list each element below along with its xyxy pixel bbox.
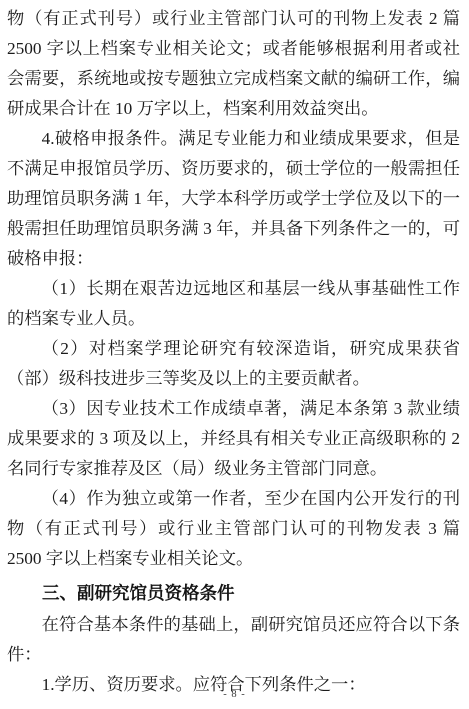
- paragraph-basic-conditions-intro: 在符合基本条件的基础上，副研究馆员还应符合以下条件：: [7, 610, 460, 670]
- paragraph-item-1: （1）长期在艰苦边远地区和基层一线从事基础性工作的档案专业人员。: [7, 274, 460, 334]
- document-body: 物（有正式刊号）或行业主管部门认可的刊物上发表 2 篇 2500 字以上档案专业…: [7, 4, 460, 700]
- page-number: - 8 -: [0, 689, 469, 700]
- paragraph-item-3: （3）因专业技术工作成绩卓著，满足本条第 3 款业绩成果要求的 3 项及以上，并…: [7, 394, 460, 484]
- paragraph-item-4: （4）作为独立或第一作者，至少在国内公开发行的刊物（有正式刊号）或行业主管部门认…: [7, 484, 460, 574]
- paragraph-publication-continuation: 物（有正式刊号）或行业主管部门认可的刊物上发表 2 篇 2500 字以上档案专业…: [7, 4, 460, 124]
- paragraph-item-2: （2）对档案学理论研究有较深造诣，研究成果获省（部）级科技进步三等奖及以上的主要…: [7, 334, 460, 394]
- paragraph-exceptional-application-conditions: 4.破格申报条件。满足专业能力和业绩成果要求，但是不满足申报馆员学历、资历要求的…: [7, 124, 460, 274]
- document-page: 物（有正式刊号）或行业主管部门认可的刊物上发表 2 篇 2500 字以上档案专业…: [0, 0, 469, 709]
- section-heading-associate-researcher: 三、副研究馆员资格条件: [7, 578, 460, 608]
